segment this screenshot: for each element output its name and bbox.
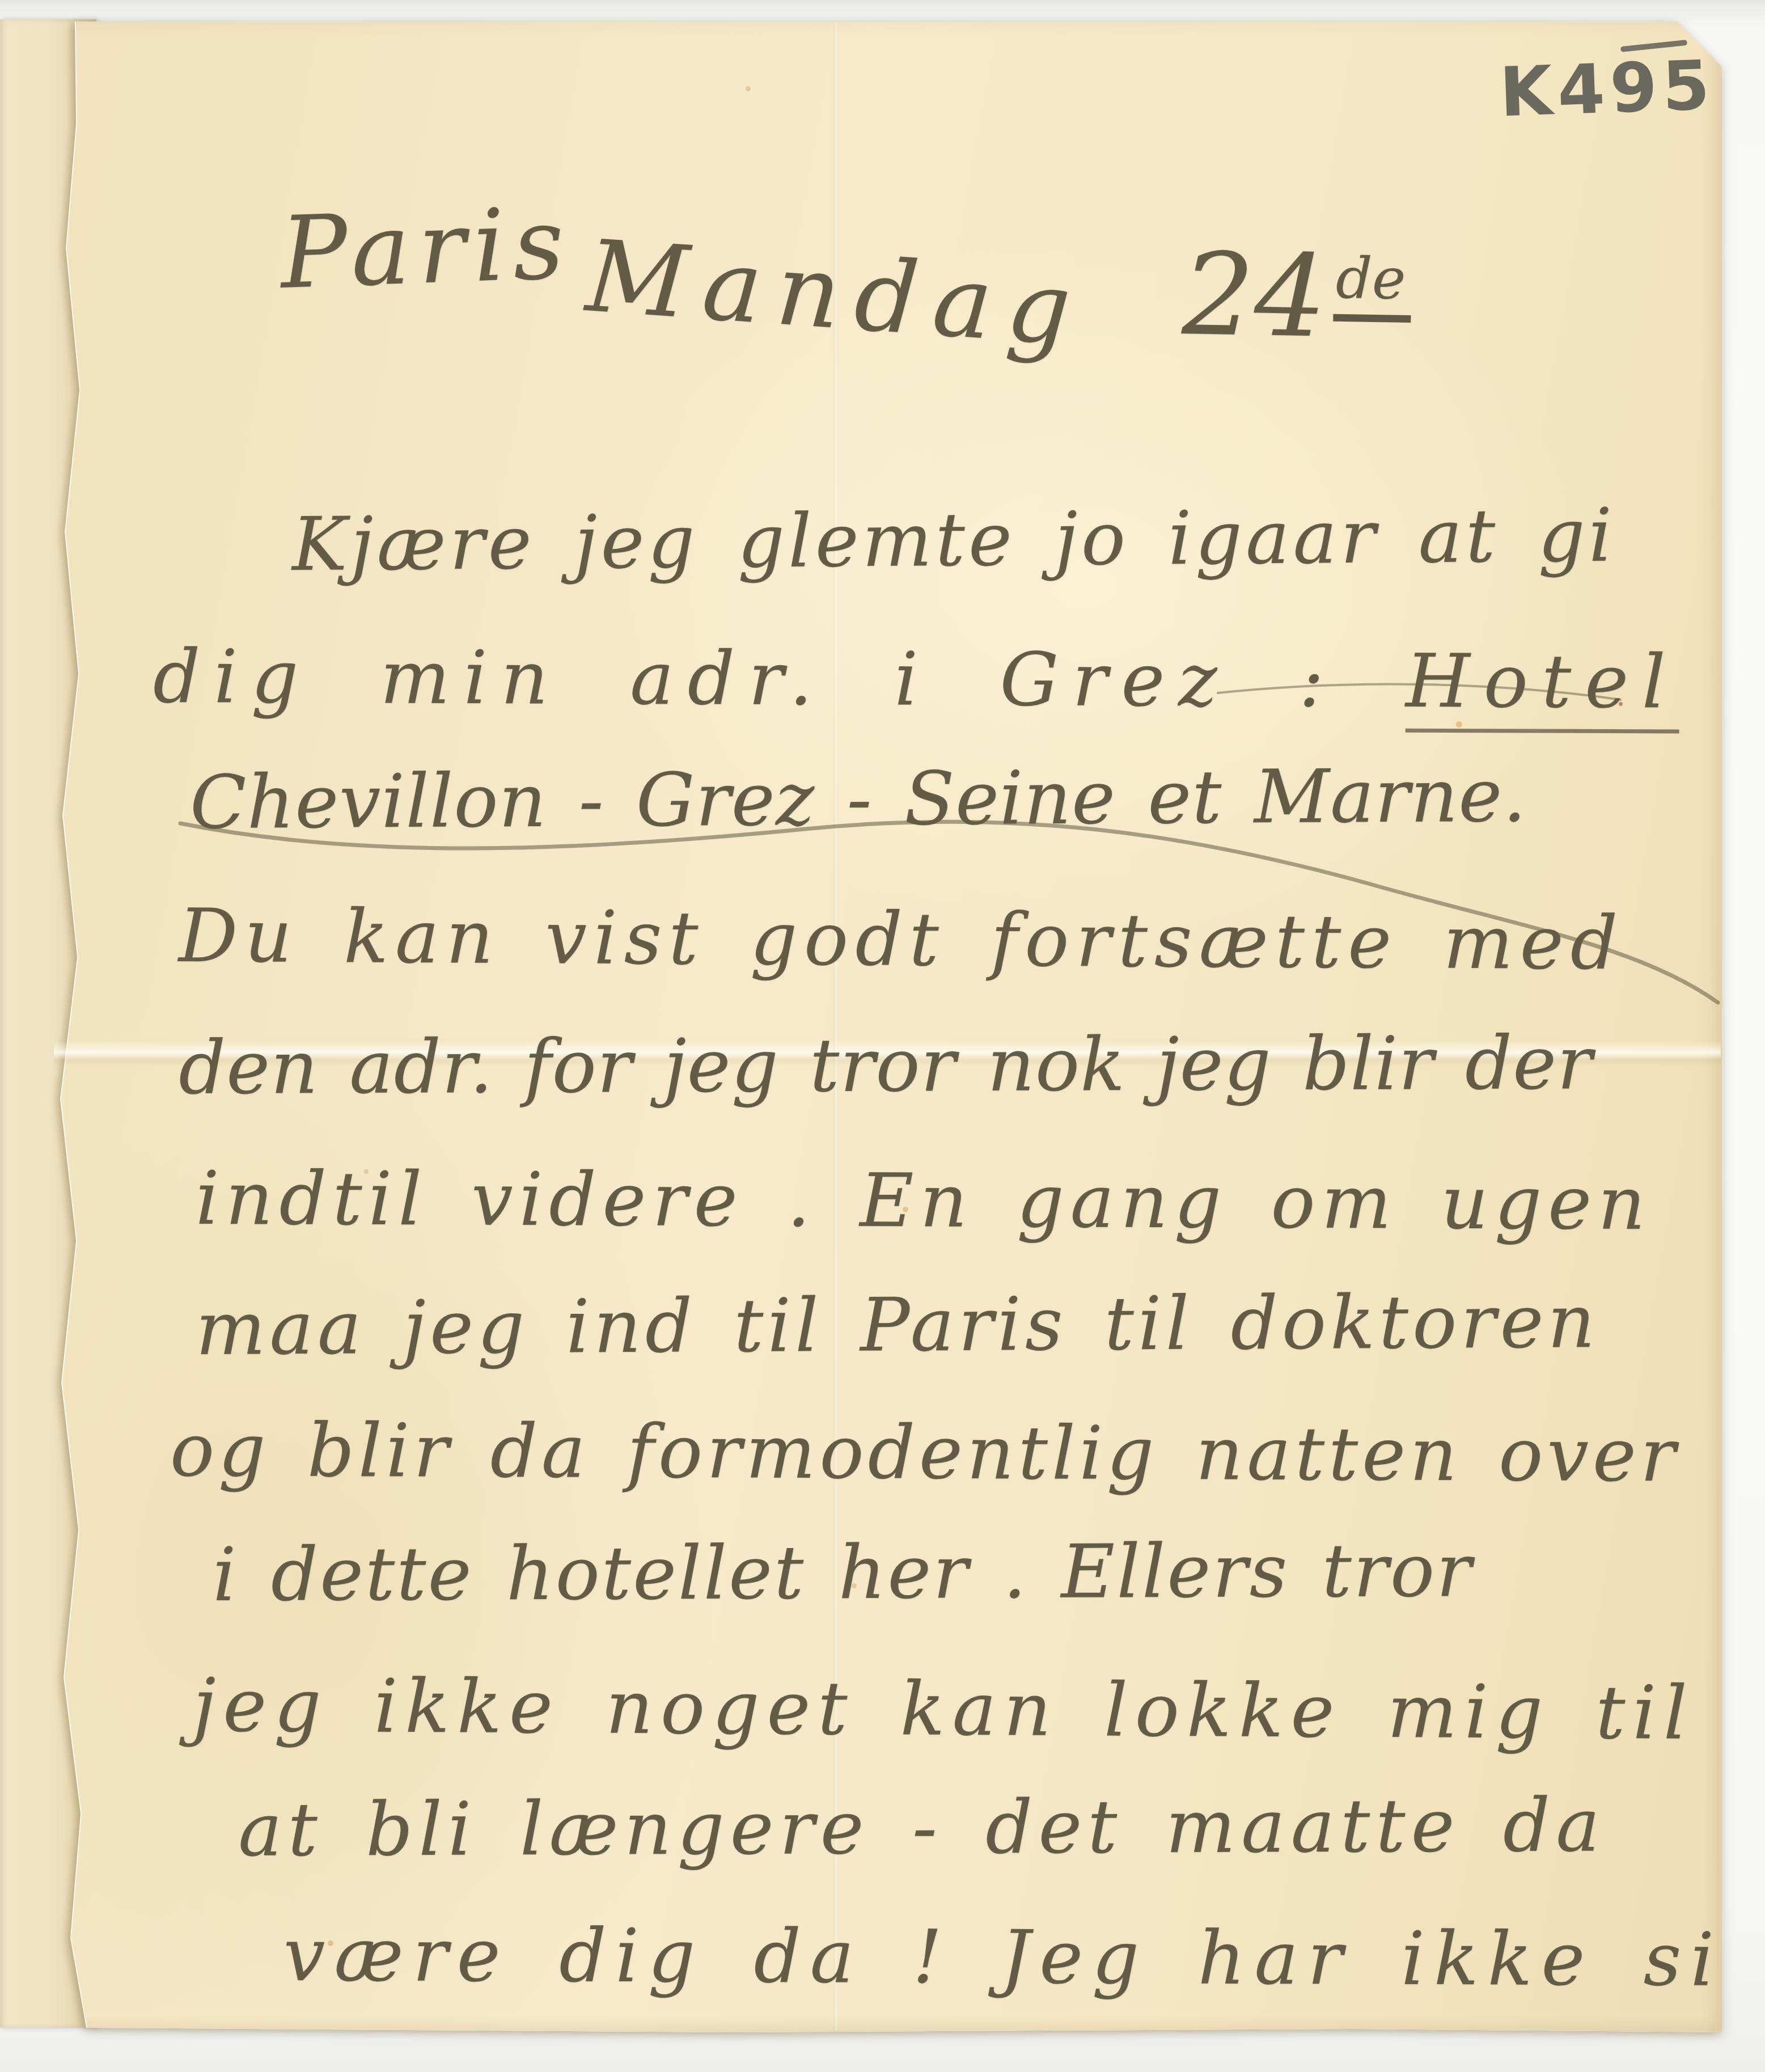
header-place: Paris: [279, 194, 573, 303]
letter-line-1: Kjære jeg glemte jo igaar at gi: [292, 498, 1616, 581]
catalog-number-pencil: K495: [1499, 46, 1716, 132]
letter-line-3: Chevillon - Grez - Seine et Marne.: [190, 759, 1527, 839]
letter-line-7: maa jeg ind til Paris til doktoren: [196, 1284, 1599, 1365]
day-suffix-text: de: [1333, 245, 1412, 323]
letter-line-10: jeg ikke noget kan lokke mig til: [193, 1668, 1695, 1750]
letter-line-6: indtil videre . En gang om ugen: [196, 1161, 1652, 1240]
letter-line-8: og blir da formodentlig natten over: [170, 1413, 1680, 1492]
age-spot: [746, 86, 751, 91]
hotel-underlined-word: Hotel: [1406, 638, 1679, 734]
letter-line-4: Du kan vist godt fortsætte med: [179, 899, 1625, 980]
letter-line-12: være dig da ! Jeg har ikke si: [283, 1918, 1723, 1997]
letter-line-11: at bli længere - det maatte da: [238, 1788, 1606, 1867]
day-number-text: 24: [1181, 229, 1328, 363]
line-2-text: dig min adr. i Grez :: [153, 633, 1337, 724]
letter-line-5: den adr. for jeg tror nok jeg blir der: [179, 1026, 1593, 1105]
letter-line-9: i dette hotellet her . Ellers tror: [213, 1533, 1474, 1612]
header-date: 24de: [1181, 238, 1412, 356]
place-text: Paris: [278, 186, 573, 311]
letter-line-2: dig min adr. i Grez : Hotel: [153, 640, 1679, 718]
letter-scan: K495 Paris Mandag 24de Kjære jeg glemte …: [0, 0, 1765, 2072]
